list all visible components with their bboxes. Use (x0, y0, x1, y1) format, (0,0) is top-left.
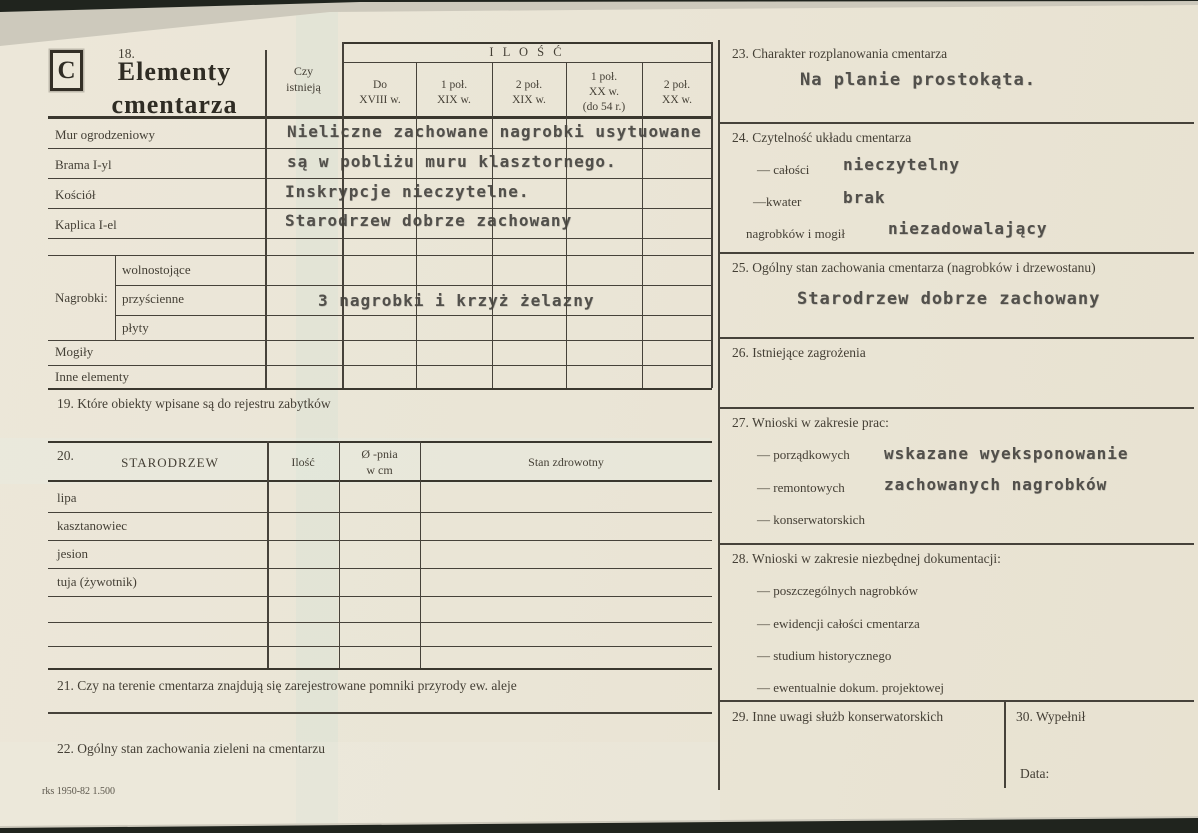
section24-label: 24. Czytelność układu cmentarza (732, 130, 911, 146)
section30-data-label: Data: (1020, 766, 1049, 782)
stamp-letter: C (57, 57, 75, 85)
section27-item-porzadkowych: — porządkowych (757, 447, 850, 463)
section25-label: 25. Ogólny stan zachowania cmentarza (na… (732, 260, 1096, 276)
form-paper: C 18. Elementy cmentarza Czy istnieją I … (0, 0, 1198, 833)
section26-label: 26. Istniejące zagrożenia (732, 345, 866, 361)
section20-number: 20. (57, 448, 74, 464)
tree-row-kasztanowiec: kasztanowiec (57, 518, 127, 534)
section28-item-studium: — studium historycznego (757, 648, 891, 664)
col-2pol-xx: 2 poł. XX w. (644, 78, 710, 108)
col-do-xviii: Do XVIII w. (344, 78, 416, 108)
section24-item-calosci: — całości (757, 162, 809, 178)
tree-row-tuja: tuja (żywotnik) (57, 574, 137, 590)
row-brama: Brama I-yl (55, 157, 112, 173)
section28-item-ewentualnie: — ewentualnie dokum. projektowej (757, 680, 944, 696)
section18-title: Elementy cmentarza (92, 56, 257, 121)
tree-row-jesion: jesion (57, 546, 88, 562)
col-1pol-xix: 1 poł. XIX w. (418, 78, 490, 108)
row-kosciol: Kościół (55, 187, 95, 203)
section29-label: 29. Inne uwagi służb konserwatorskich (732, 709, 943, 725)
table20-col-stan: Stan zdrowotny (422, 455, 710, 470)
typed-nagrobkow-mogil: niezadowalający (888, 219, 1048, 238)
section28-label: 28. Wnioski w zakresie niezbędnej dokume… (732, 551, 1001, 567)
row-wolnostojace: wolnostojące (122, 262, 191, 278)
typed-entry-line4: Starodrzew dobrze zachowany (285, 211, 572, 230)
section19-label: 19. Które obiekty wpisane są do rejestru… (57, 396, 331, 412)
col-ilosc-header: I L O Ś Ć (342, 44, 712, 60)
tree-row-lipa: lipa (57, 490, 77, 506)
typed-entry-line2: są w pobliżu muru klasztornego. (287, 152, 617, 171)
col-2pol-xix: 2 poł. XIX w. (494, 78, 564, 108)
typed-entry-nagrobki: 3 nagrobki i krzyż żelazny (318, 291, 594, 310)
row-mogily: Mogiły (55, 344, 93, 360)
stamp-box-c: C (50, 50, 83, 91)
section21-label: 21. Czy na terenie cmentarza znajdują si… (57, 678, 517, 694)
section27-item-remontowych: — remontowych (757, 480, 845, 496)
row-mur-ogrodzeniowy: Mur ogrodzeniowy (55, 127, 155, 143)
row-kaplica: Kaplica I-el (55, 217, 117, 233)
section24-item-kwater: —kwater (753, 194, 801, 210)
table20-title: STARODRZEW (90, 455, 250, 471)
section23-label: 23. Charakter rozplanowania cmentarza (732, 46, 947, 62)
section30-label: 30. Wypełnił (1016, 709, 1085, 725)
table20-col-srednica: Ø -pnia w cm (341, 447, 418, 478)
typed-section27-line1: wskazane wyeksponowanie (884, 444, 1129, 463)
form-print-code: rks 1950-82 1.500 (42, 786, 115, 797)
section28-item-ewidencji: — ewidencji całości cmentarza (757, 616, 920, 632)
section27-label: 27. Wnioski w zakresie prac: (732, 415, 889, 431)
typed-calosci: nieczytelny (843, 155, 960, 174)
typed-kwater: brak (843, 188, 886, 207)
typed-section25: Starodrzew dobrze zachowany (797, 289, 1100, 309)
col-czy-istnieja: Czy istnieją (266, 64, 341, 95)
col-1pol-xx: 1 poł. XX w. (do 54 r.) (568, 70, 640, 115)
section24-item-nagrobkow: nagrobków i mogił (746, 226, 845, 242)
typed-entry-line1: Nieliczne zachowane nagrobki usytuowane (287, 122, 702, 141)
section27-item-konserwatorskich: — konserwatorskich (757, 512, 865, 528)
row-nagrobki-label: Nagrobki: (55, 290, 108, 306)
row-plyty: płyty (122, 320, 149, 336)
row-inne-elementy: Inne elementy (55, 369, 129, 385)
section22-label: 22. Ogólny stan zachowania zieleni na cm… (57, 741, 325, 757)
section28-item-poszczegolnych: — poszczególnych nagrobków (757, 583, 918, 599)
row-przyscienne: przyścienne (122, 291, 184, 307)
table20-col-ilosc: Ilość (269, 455, 337, 470)
typed-section23: Na planie prostokąta. (800, 70, 1036, 90)
typed-section27-line2: zachowanych nagrobków (884, 475, 1107, 494)
